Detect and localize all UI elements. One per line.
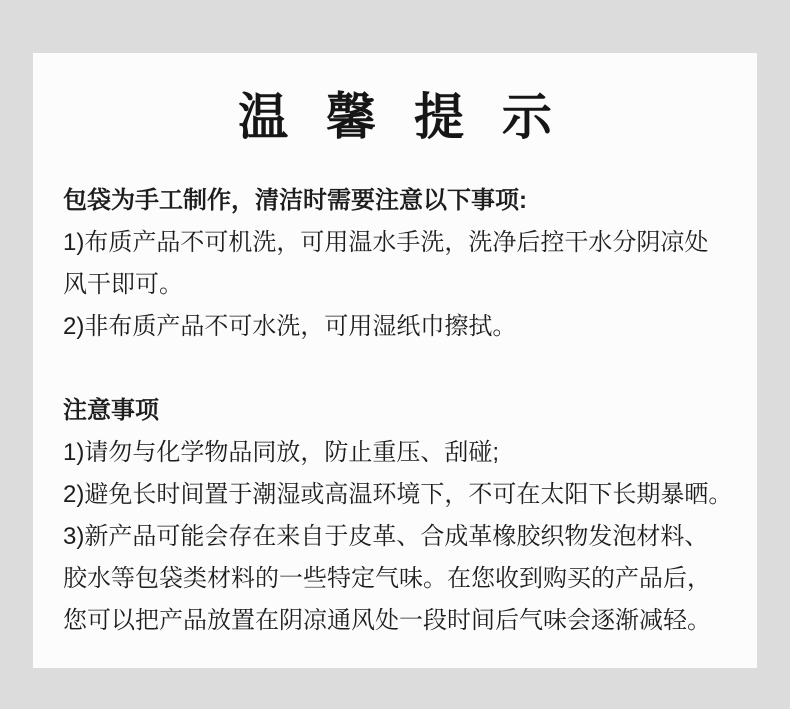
care-line-3: 2)非布质产品不可水洗，可用湿纸巾擦拭。: [63, 306, 737, 348]
care-line-2: 风干即可。: [63, 264, 737, 306]
notes-line-1: 1)请勿与化学物品同放，防止重压、刮碰;: [63, 432, 737, 474]
notes-heading: 注意事项: [63, 390, 737, 432]
care-line-1: 1)布质产品不可机洗，可用温水手洗，洗净后控干水分阴凉处: [63, 222, 737, 264]
notice-body: 包袋为手工制作，清洁时需要注意以下事项: 1)布质产品不可机洗，可用温水手洗，洗…: [33, 180, 757, 642]
care-heading: 包袋为手工制作，清洁时需要注意以下事项:: [63, 180, 737, 222]
page-background: 温 馨 提 示 包袋为手工制作，清洁时需要注意以下事项: 1)布质产品不可机洗，…: [0, 0, 790, 709]
notice-title: 温 馨 提 示: [33, 88, 757, 146]
notes-line-5: 您可以把产品放置在阴凉通风处一段时间后气味会逐渐减轻。: [63, 600, 737, 642]
notice-card: 温 馨 提 示 包袋为手工制作，清洁时需要注意以下事项: 1)布质产品不可机洗，…: [33, 53, 757, 668]
notes-line-3: 3)新产品可能会存在来自于皮革、合成革橡胶织物发泡材料、: [63, 516, 737, 558]
notes-line-4: 胶水等包袋类材料的一些特定气味。在您收到购买的产品后，: [63, 558, 737, 600]
notes-line-2: 2)避免长时间置于潮湿或高温环境下，不可在太阳下长期暴晒。: [63, 474, 737, 516]
